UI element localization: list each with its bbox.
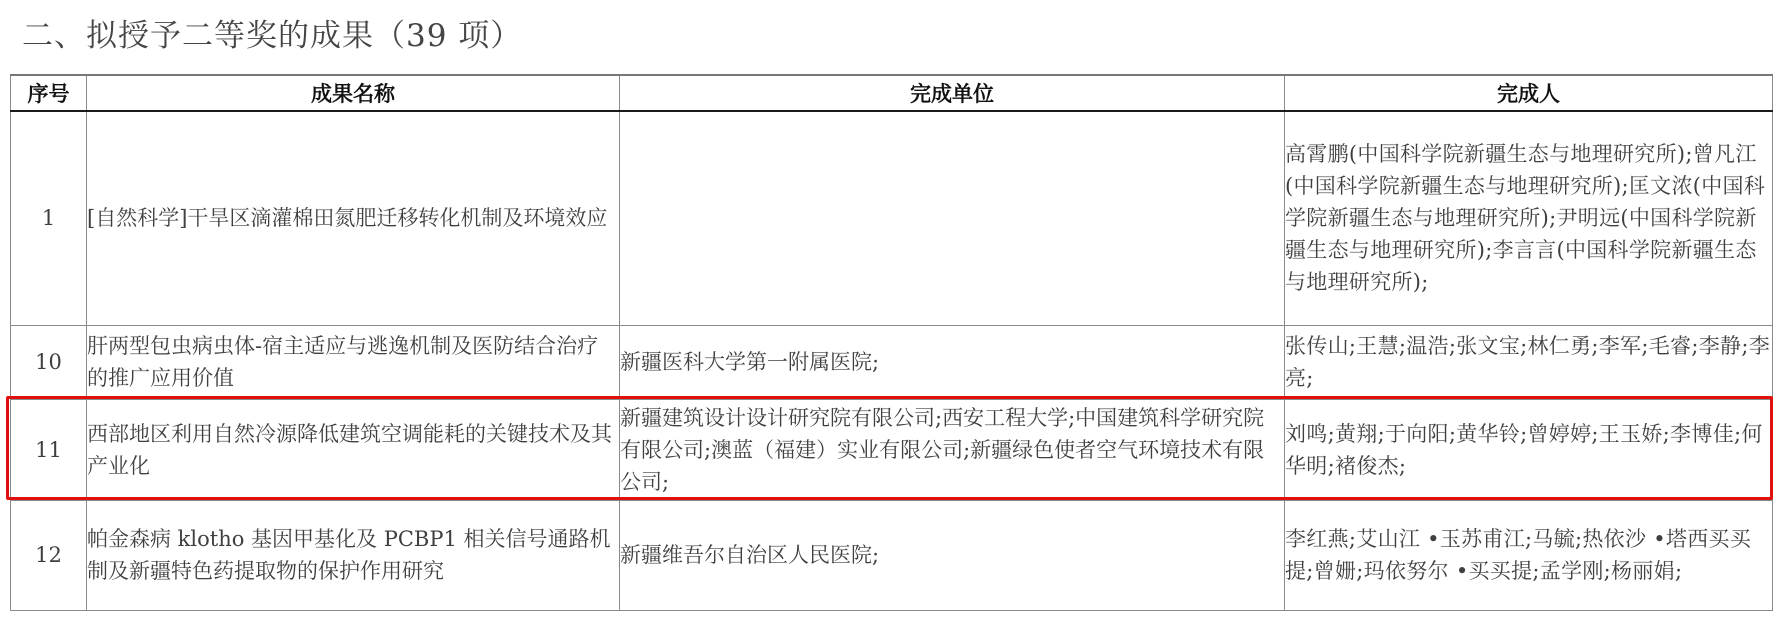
table-header-row: 序号 成果名称 完成单位 完成人: [11, 75, 1773, 111]
row-index: 1: [11, 111, 87, 325]
achievement-name: [自然科学]干旱区滴灌棉田氮肥迁移转化机制及环境效应: [87, 111, 620, 325]
achievement-name: 肝两型包虫病虫体-宿主适应与逃逸机制及医防结合治疗的推广应用价值: [87, 325, 620, 399]
completing-unit: 新疆建筑设计设计研究院有限公司;西安工程大学;中国建筑科学研究院有限公司;澳蓝（…: [620, 399, 1285, 500]
header-index: 序号: [11, 75, 87, 111]
completing-unit: [620, 111, 1285, 325]
awards-table: 序号 成果名称 完成单位 完成人 1 [自然科学]干旱区滴灌棉田氮肥迁移转化机制…: [10, 74, 1773, 611]
row-index: 11: [11, 399, 87, 500]
table-row: 1 [自然科学]干旱区滴灌棉田氮肥迁移转化机制及环境效应 高霄鹏(中国科学院新疆…: [11, 111, 1773, 325]
completing-people: 刘鸣;黄翔;于向阳;黄华铃;曾婷婷;王玉娇;李博佳;何华明;褚俊杰;: [1285, 399, 1773, 500]
row-index: 12: [11, 500, 87, 610]
row-index: 10: [11, 325, 87, 399]
achievement-name: 西部地区利用自然冷源降低建筑空调能耗的关键技术及其产业化: [87, 399, 620, 500]
completing-unit: 新疆医科大学第一附属医院;: [620, 325, 1285, 399]
header-name: 成果名称: [87, 75, 620, 111]
table-row-highlighted: 11 西部地区利用自然冷源降低建筑空调能耗的关键技术及其产业化 新疆建筑设计设计…: [11, 399, 1773, 500]
completing-people: 张传山;王慧;温浩;张文宝;林仁勇;李军;毛睿;李静;李亮;: [1285, 325, 1773, 399]
completing-people: 李红燕;艾山江 •玉苏甫江;马毓;热依沙 •塔西买买提;曾姗;玛依努尔 •买买提…: [1285, 500, 1773, 610]
table-row: 10 肝两型包虫病虫体-宿主适应与逃逸机制及医防结合治疗的推广应用价值 新疆医科…: [11, 325, 1773, 399]
header-people: 完成人: [1285, 75, 1773, 111]
completing-people: 高霄鹏(中国科学院新疆生态与地理研究所);曾凡江(中国科学院新疆生态与地理研究所…: [1285, 111, 1773, 325]
completing-unit: 新疆维吾尔自治区人民医院;: [620, 500, 1285, 610]
achievement-name: 帕金森病 klotho 基因甲基化及 PCBP1 相关信号通路机制及新疆特色药提…: [87, 500, 620, 610]
header-unit: 完成单位: [620, 75, 1285, 111]
section-title: 二、拟授予二等奖的成果（39 项）: [22, 16, 522, 56]
table-row: 12 帕金森病 klotho 基因甲基化及 PCBP1 相关信号通路机制及新疆特…: [11, 500, 1773, 610]
